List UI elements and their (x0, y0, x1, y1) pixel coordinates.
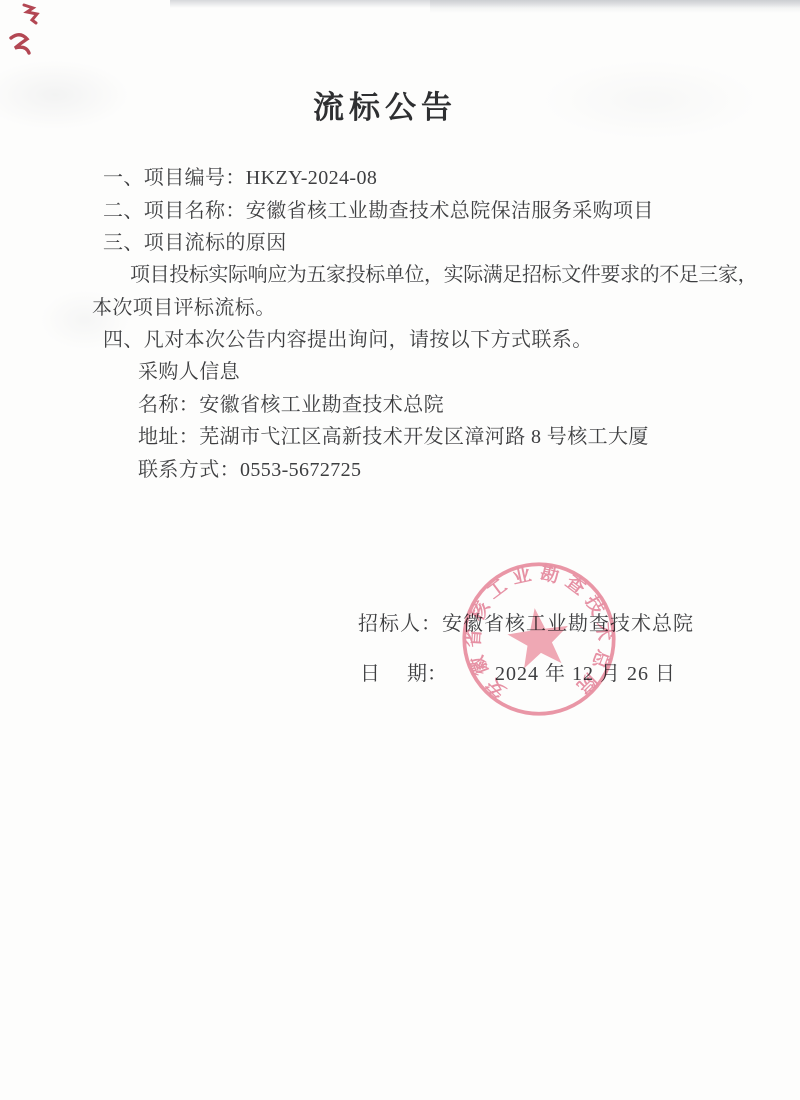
scanned-document-page: 流标公告 一、项目编号：HKZY-2024-08 二、项目名称：安徽省核工业勘查… (0, 0, 800, 1100)
line-project-number: 一、项目编号：HKZY-2024-08 (103, 161, 377, 190)
date-label-part-1: 日 (360, 663, 380, 685)
date-label-part-2: 期： (407, 663, 447, 685)
line-purchaser-info-heading: 采购人信息 (138, 355, 240, 384)
page-title: 流标公告 (0, 82, 785, 127)
red-ink-marks-icon (0, 0, 70, 70)
official-round-seal: 安徽省核工业勘查技术总院 (456, 556, 622, 722)
line-purchaser-name: 名称：安徽省核工业勘查技术总院 (138, 388, 444, 417)
line-purchaser-address: 地址：芜湖市弋江区高新技术开发区漳河路 8 号核工大厦 (138, 420, 649, 449)
scan-edge-shadow (430, 0, 800, 13)
line-failure-reason-body-2: 本次项目评标流标。 (92, 291, 276, 320)
line-purchaser-phone: 联系方式：0553-5672725 (138, 453, 361, 482)
line-project-name: 二、项目名称：安徽省核工业勘查技术总院保洁服务采购项目 (103, 194, 654, 223)
bidder-label: 招标人： (358, 613, 442, 635)
line-failure-reason-body-1: 项目投标实际响应为五家投标单位，实际满足招标文件要求的不足三家， (130, 258, 757, 287)
star-icon (504, 604, 573, 670)
line-inquiry-notice: 四、凡对本次公告内容提出询问，请按以下方式联系。 (103, 323, 593, 352)
line-failure-reason-heading: 三、项目流标的原因 (103, 226, 287, 255)
